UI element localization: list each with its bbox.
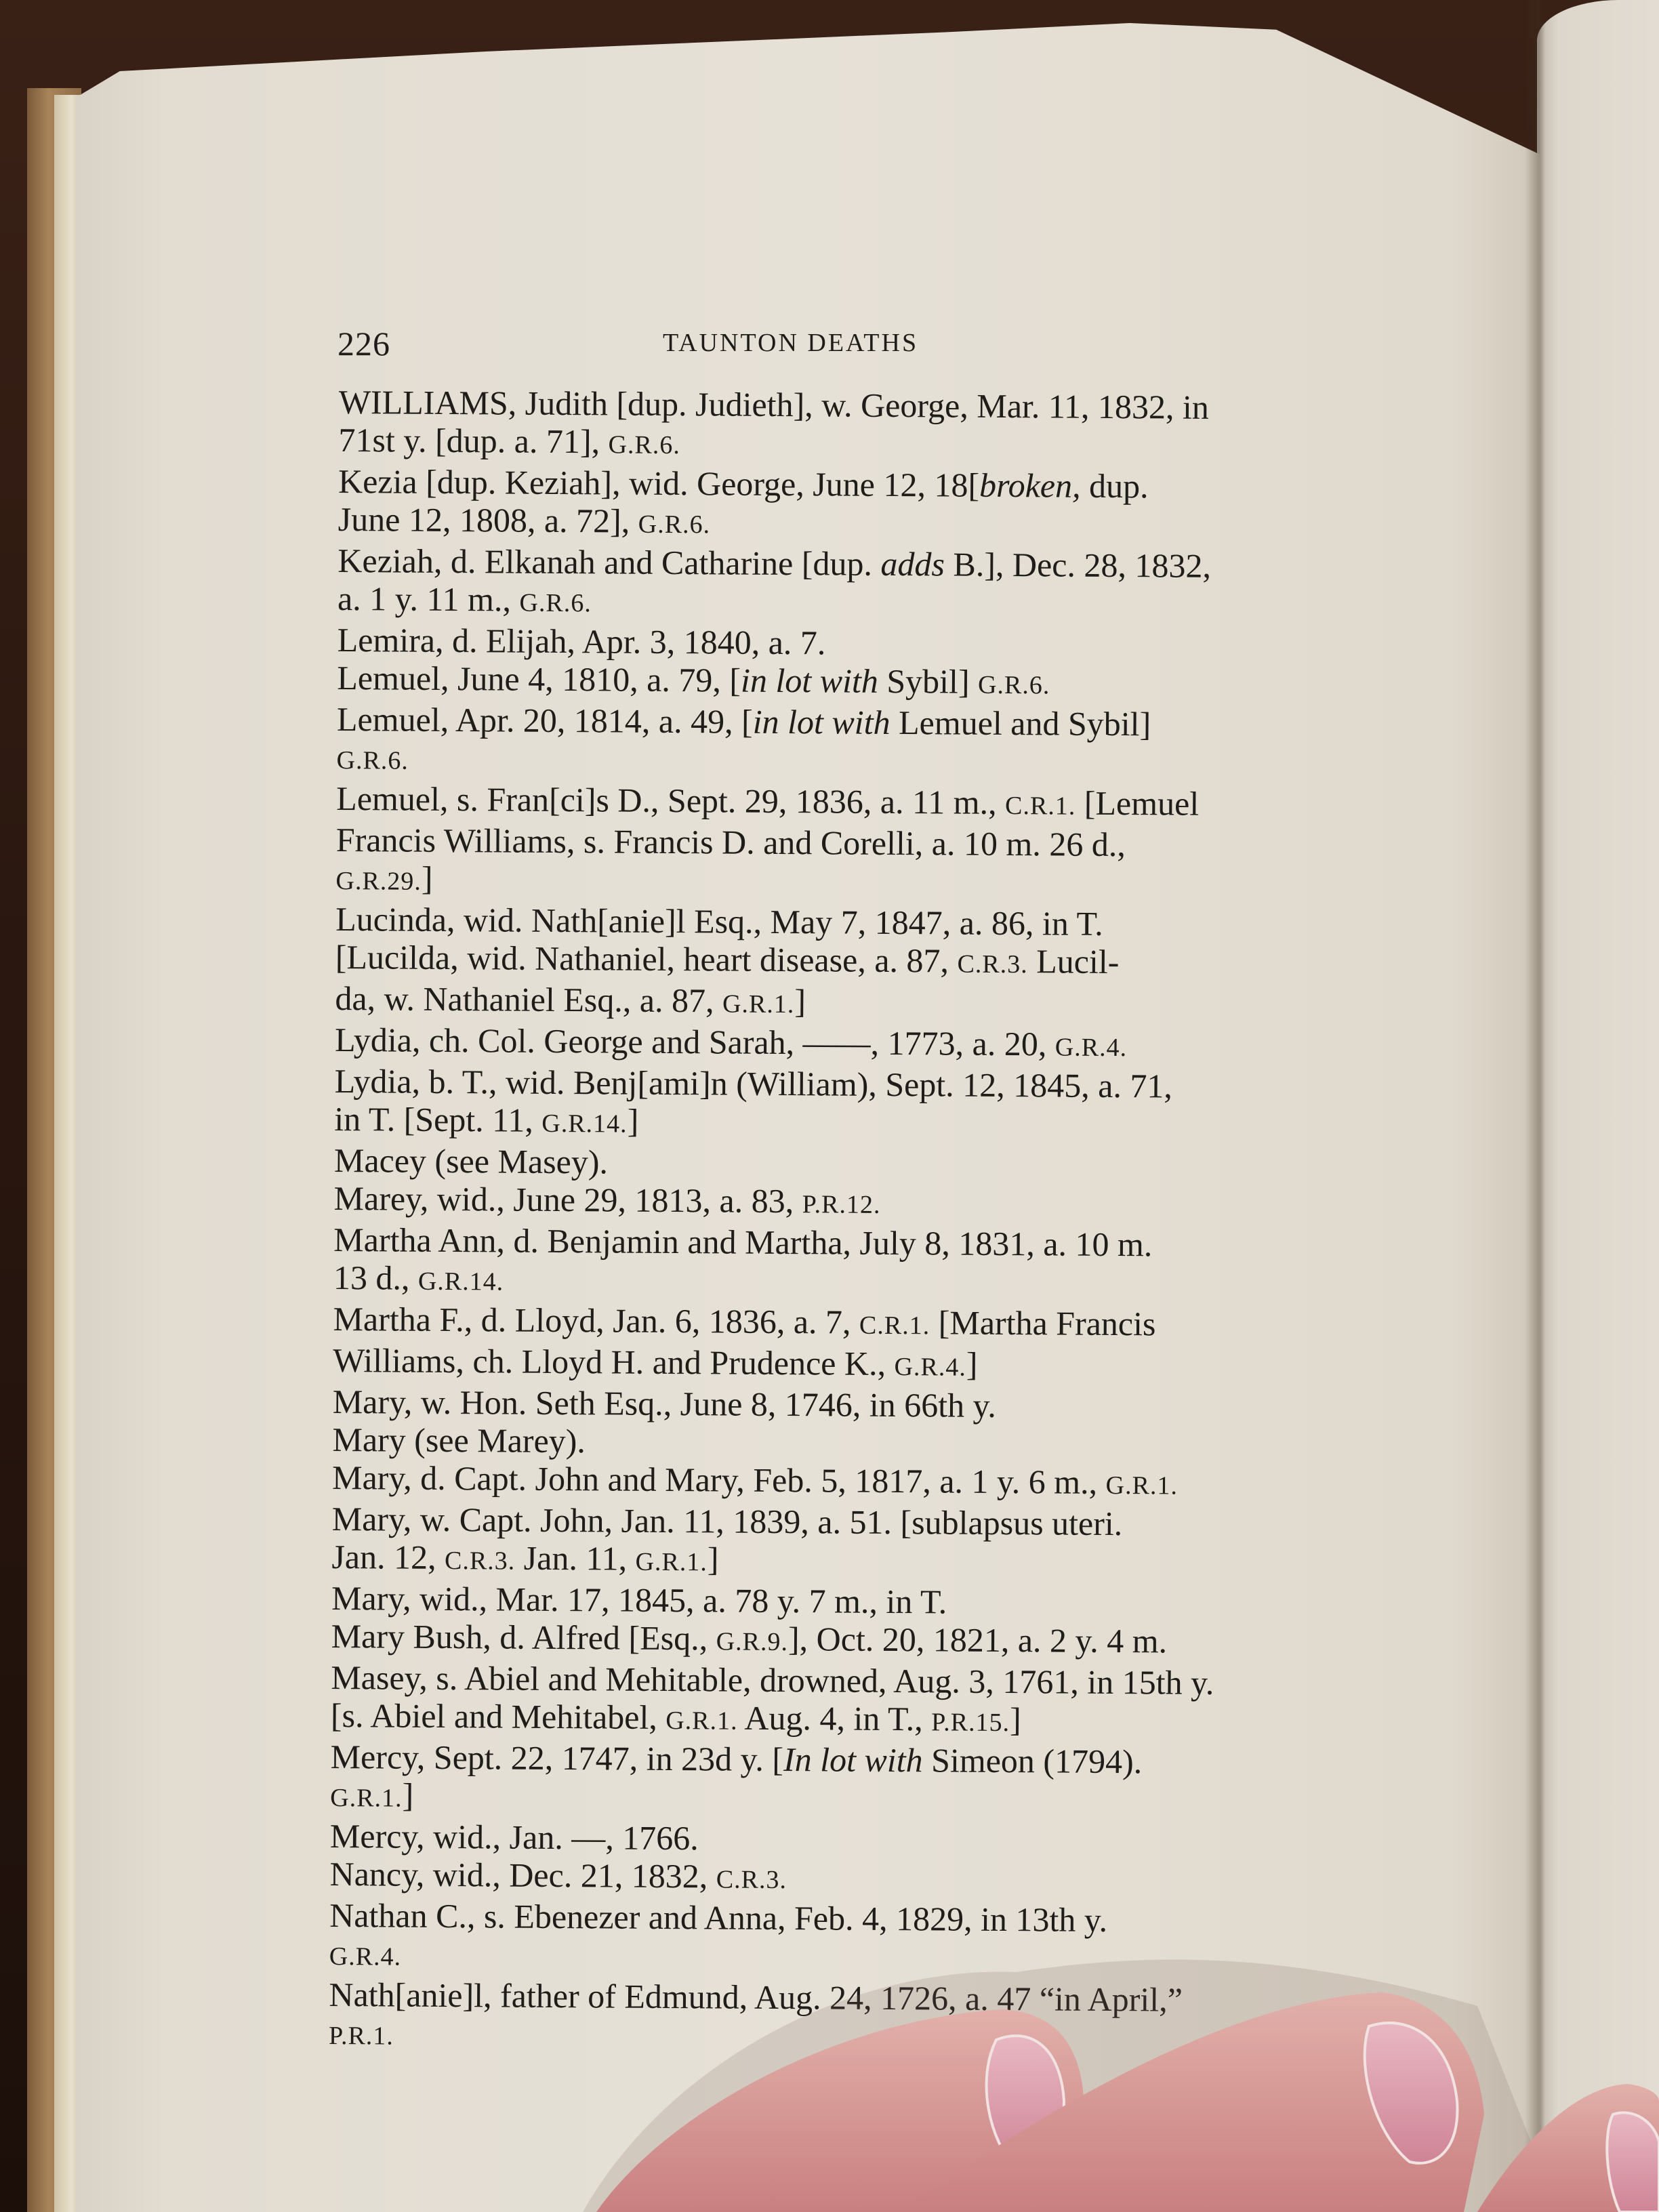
record-text: Keziah, d. Elkanah and Catharine [dup. <box>337 541 880 583</box>
record-line: a. 1 y. 11 m., G.R.6. <box>408 580 1361 628</box>
record-line: Masey, s. Abiel and Mehitable, drowned, … <box>401 1659 1354 1703</box>
source-citation: C.R.1. <box>1005 792 1076 821</box>
record-entry: Lucinda, wid. Nath[anie]l Esq., May 7, 1… <box>335 900 1359 1027</box>
record-entry: Mercy, wid., Jan. —, 1766. <box>330 1817 1353 1861</box>
record-text: da, w. Nathaniel Esq., a. 87, <box>335 979 722 1019</box>
record-entry: Lemuel, June 4, 1810, a. 79, [in lot wit… <box>337 659 1360 706</box>
source-citation: G.R.1. <box>722 989 795 1019</box>
record-entry: Mary (see Marey). <box>332 1420 1355 1465</box>
record-entry: Lemira, d. Elijah, Apr. 3, 1840, a. 7. <box>337 621 1361 665</box>
record-text: Nathan C., s. Ebenezer and Anna, Feb. 4,… <box>329 1896 1107 1939</box>
italic-note: broken, <box>979 466 1081 505</box>
record-entry: Mary Bush, d. Alfred [Esq., G.R.9.], Oct… <box>331 1617 1355 1664</box>
record-entry: Kezia [dup. Keziah], wid. George, June 1… <box>338 462 1362 548</box>
record-text: Lydia, b. T., wid. Benj[ami]n (William),… <box>335 1062 1173 1105</box>
record-text: 13 d., <box>333 1258 418 1297</box>
record-text: dup. <box>1080 467 1148 506</box>
record-line: Francis Williams, s. Francis D. and Core… <box>407 821 1359 865</box>
record-text: Sybil] <box>878 662 979 701</box>
record-line: Kezia [dup. Keziah], wid. George, June 1… <box>409 463 1361 507</box>
record-text: ] <box>708 1540 719 1578</box>
record-text: ] <box>402 1776 413 1814</box>
record-line: June 12, 1808, a. 72], G.R.6. <box>409 501 1361 548</box>
record-line: Lemuel, June 4, 1810, a. 79, [in lot wit… <box>407 659 1360 707</box>
record-line: G.R.1.] <box>401 1776 1353 1824</box>
italic-note: in lot with <box>753 703 890 741</box>
source-citation: P.R.15. <box>931 1708 1010 1737</box>
record-entry: Keziah, d. Elkanah and Catharine [dup. a… <box>337 541 1361 627</box>
record-line: Mary, wid., Mar. 17, 1845, a. 78 y. 7 m.… <box>402 1580 1355 1624</box>
record-text: Francis Williams, s. Francis D. and Core… <box>336 821 1126 863</box>
record-text: ], Oct. 20, 1821, a. 2 y. 4 m. <box>788 1620 1168 1660</box>
record-entry: Mary, wid., Mar. 17, 1845, a. 78 y. 7 m.… <box>331 1579 1355 1623</box>
page-number: 226 <box>337 324 390 363</box>
record-text: Kezia [dup. Keziah], wid. George, June 1… <box>338 462 979 504</box>
record-line: Martha F., d. Lloyd, Jan. 6, 1836, a. 7,… <box>403 1300 1356 1348</box>
record-entry: Mary, w. Capt. John, Jan. 11, 1839, a. 5… <box>331 1500 1355 1585</box>
record-entry: Lemuel, Apr. 20, 1814, a. 49, [in lot wi… <box>336 700 1360 785</box>
record-text: Lemuel, s. Fran[ci]s D., Sept. 29, 1836,… <box>336 779 1005 821</box>
source-citation: G.R.6. <box>978 671 1050 700</box>
source-citation: G.R.1. <box>635 1548 708 1577</box>
record-line: in T. [Sept. 11, G.R.14.] <box>405 1101 1357 1148</box>
record-line: WILLIAMS, Judith [dup. Judieth], w. Geor… <box>409 384 1362 428</box>
record-line: Nathan C., s. Ebenezer and Anna, Feb. 4,… <box>400 1897 1353 1941</box>
record-line: Marey, wid., June 29, 1813, a. 83, P.R.1… <box>404 1180 1357 1227</box>
record-line: Nath[anie]l, father of Edmund, Aug. 24, … <box>399 1976 1352 2020</box>
record-entry: Mercy, Sept. 22, 1747, in 23d y. [In lot… <box>330 1738 1354 1823</box>
record-line: Lemuel, s. Fran[ci]s D., Sept. 29, 1836,… <box>407 780 1359 827</box>
source-citation: G.R.1. <box>330 1784 403 1813</box>
source-citation: C.R.1. <box>859 1311 930 1340</box>
source-citation: G.R.1. <box>1105 1471 1178 1500</box>
record-text: Mercy, wid., Jan. —, 1766. <box>330 1817 699 1857</box>
record-line: G.R.4. <box>400 1935 1353 1982</box>
record-entry: Nathan C., s. Ebenezer and Anna, Feb. 4,… <box>329 1896 1353 1982</box>
record-text: Mary, wid., Mar. 17, 1845, a. 78 y. 7 m.… <box>331 1579 947 1621</box>
photo-scene: 226 TAUNTON DEATHS WILLIAMS, Judith [dup… <box>0 0 1659 2212</box>
death-record-list: WILLIAMS, Judith [dup. Judieth], w. Geor… <box>329 383 1362 2061</box>
record-entry: Macey (see Masey). <box>334 1141 1357 1185</box>
record-line: 71st y. [dup. a. 71], G.R.6. <box>409 422 1361 469</box>
record-entry: Mary, w. Hon. Seth Esq., June 8, 1746, i… <box>333 1382 1356 1427</box>
record-text: Mary, w. Capt. John, Jan. 11, 1839, a. 5… <box>332 1500 1123 1542</box>
record-text: Lemuel, Apr. 20, 1814, a. 49, [ <box>337 700 753 741</box>
record-line: Lydia, ch. Col. George and Sarah, ——, 17… <box>405 1021 1358 1069</box>
record-line: G.R.29.] <box>406 859 1359 907</box>
record-text: Mary (see Marey). <box>332 1420 586 1460</box>
record-entry: Nancy, wid., Dec. 21, 1832, C.R.3. <box>329 1855 1353 1902</box>
record-entry: WILLIAMS, Judith [dup. Judieth], w. Geor… <box>338 383 1362 468</box>
record-text: Lemuel, June 4, 1810, a. 79, [ <box>337 659 741 699</box>
record-text: Williams, ch. Lloyd H. and Prudence K., <box>333 1341 895 1382</box>
record-line: [Lucilda, wid. Nathaniel, heart disease,… <box>406 939 1359 986</box>
record-text: ] <box>966 1345 978 1383</box>
record-text: Mary Bush, d. Alfred [Esq., <box>331 1617 716 1657</box>
record-text: Mary, d. Capt. John and Mary, Feb. 5, 18… <box>332 1458 1106 1501</box>
record-text: Jan. 12, <box>331 1538 445 1576</box>
running-title: TAUNTON DEATHS <box>663 328 918 358</box>
record-text: [Lucilda, wid. Nathaniel, heart disease,… <box>335 938 958 980</box>
record-line: Lucinda, wid. Nath[anie]l Esq., May 7, 1… <box>406 901 1359 945</box>
source-citation: G.R.4. <box>1055 1033 1128 1062</box>
record-entry: Lydia, ch. Col. George and Sarah, ——, 17… <box>335 1021 1358 1068</box>
source-citation: G.R.9. <box>716 1627 789 1656</box>
record-text: June 12, 1808, a. 72], <box>338 500 638 540</box>
source-citation: G.R.6. <box>336 746 409 775</box>
running-head: 226 TAUNTON DEATHS <box>337 324 1340 365</box>
record-line: Martha Ann, d. Benjamin and Martha, July… <box>404 1221 1357 1265</box>
record-text: Masey, s. Abiel and Mehitable, drowned, … <box>331 1658 1214 1702</box>
record-line: da, w. Nathaniel Esq., a. 87, G.R.1.] <box>405 980 1358 1027</box>
source-citation: G.R.4. <box>894 1353 966 1382</box>
record-text: [s. Abiel and Mehitabel, <box>331 1696 666 1736</box>
record-line: Lemira, d. Elijah, Apr. 3, 1840, a. 7. <box>408 621 1361 665</box>
source-citation: G.R.4. <box>329 1942 402 1971</box>
record-text: Simeon (1794). <box>922 1741 1142 1780</box>
record-entry: Martha Ann, d. Benjamin and Martha, July… <box>333 1221 1357 1306</box>
record-text: [Martha Francis <box>930 1303 1156 1343</box>
record-entry: Nath[anie]l, father of Edmund, Aug. 24, … <box>329 1975 1353 2061</box>
record-text: Jan. 11, <box>515 1539 636 1578</box>
italic-note: In lot with <box>783 1740 923 1779</box>
record-line: Mary, d. Capt. John and Mary, Feb. 5, 18… <box>403 1459 1355 1507</box>
record-line: Mercy, Sept. 22, 1747, in 23d y. [In lot… <box>401 1738 1353 1782</box>
record-line: Mary Bush, d. Alfred [Esq., G.R.9.], Oct… <box>402 1618 1355 1665</box>
record-text: Mary, w. Hon. Seth Esq., June 8, 1746, i… <box>333 1382 996 1425</box>
record-text: [Lemuel <box>1076 784 1199 823</box>
record-text: Mercy, Sept. 22, 1747, in 23d y. [ <box>330 1738 783 1778</box>
record-line: Mary (see Marey). <box>403 1421 1355 1465</box>
record-line: Lydia, b. T., wid. Benj[ami]n (William),… <box>405 1063 1358 1107</box>
italic-note: adds <box>880 545 945 583</box>
record-line: Macey (see Masey). <box>405 1142 1357 1186</box>
record-text: ] <box>794 982 806 1020</box>
italic-note: in lot with <box>741 661 878 700</box>
record-text: ] <box>627 1102 638 1140</box>
source-citation: C.R.3. <box>445 1547 515 1576</box>
record-line: Mary, w. Capt. John, Jan. 11, 1839, a. 5… <box>403 1500 1355 1544</box>
record-text: Lucil- <box>1028 942 1120 981</box>
record-text: Marey, wid., June 29, 1813, a. 83, <box>333 1179 802 1220</box>
record-line: Keziah, d. Elkanah and Catharine [dup. a… <box>408 542 1361 586</box>
record-text: ] <box>1010 1700 1021 1738</box>
record-text: a. 1 y. 11 m., <box>337 579 520 619</box>
record-text: Lemira, d. Elijah, Apr. 3, 1840, a. 7. <box>337 621 826 661</box>
source-citation: P.R.12. <box>802 1190 881 1219</box>
record-entry: Mary, d. Capt. John and Mary, Feb. 5, 18… <box>332 1458 1355 1506</box>
record-text: Lucinda, wid. Nath[anie]l Esq., May 7, 1… <box>335 900 1103 943</box>
record-text: in T. [Sept. 11, <box>334 1100 541 1139</box>
record-entry: Martha F., d. Lloyd, Jan. 6, 1836, a. 7,… <box>333 1300 1357 1389</box>
source-citation: G.R.14. <box>541 1109 628 1139</box>
record-line: Lemuel, Apr. 20, 1814, a. 49, [in lot wi… <box>407 701 1360 745</box>
source-citation: P.R.1. <box>329 2022 394 2051</box>
record-text: B.], Dec. 28, 1832, <box>945 545 1211 584</box>
record-line: G.R.6. <box>407 739 1359 786</box>
surname-heading: WILLIAMS <box>339 383 508 422</box>
record-entry: Lydia, b. T., wid. Benj[ami]n (William),… <box>334 1062 1358 1147</box>
page-content: 226 TAUNTON DEATHS WILLIAMS, Judith [dup… <box>0 0 1659 2212</box>
record-text: Martha F., d. Lloyd, Jan. 6, 1836, a. 7, <box>333 1300 859 1341</box>
source-citation: G.R.6. <box>608 430 680 459</box>
source-citation: G.R.6. <box>519 589 592 618</box>
record-text: , Judith [dup. Judieth], w. George, Mar.… <box>508 384 1209 426</box>
record-text: Macey (see Masey). <box>334 1141 608 1181</box>
source-citation: G.R.6. <box>638 510 711 539</box>
record-text: Lydia, ch. Col. George and Sarah, ——, 17… <box>335 1021 1055 1063</box>
record-entry: Marey, wid., June 29, 1813, a. 83, P.R.1… <box>333 1179 1357 1227</box>
source-citation: G.R.1. <box>665 1706 738 1736</box>
source-citation: G.R.14. <box>418 1267 504 1296</box>
record-text: 71st y. [dup. a. 71], <box>338 421 608 460</box>
source-citation: C.R.3. <box>716 1865 787 1894</box>
record-line: 13 d., G.R.14. <box>404 1259 1357 1307</box>
record-line: [s. Abiel and Mehitabel, G.R.1. Aug. 4, … <box>401 1697 1354 1744</box>
record-line: Mary, w. Hon. Seth Esq., June 8, 1746, i… <box>403 1383 1356 1427</box>
record-text: Lemuel and Sybil] <box>890 703 1151 743</box>
record-line: P.R.1. <box>399 2014 1352 2062</box>
source-citation: C.R.3. <box>957 950 1027 979</box>
record-line: Nancy, wid., Dec. 21, 1832, C.R.3. <box>400 1856 1353 1903</box>
record-text: Nancy, wid., Dec. 21, 1832, <box>329 1855 716 1895</box>
record-text: Nath[anie]l, father of Edmund, Aug. 24, … <box>329 1975 1183 2019</box>
source-citation: G.R.29. <box>335 867 422 896</box>
record-line: Mercy, wid., Jan. —, 1766. <box>401 1818 1353 1862</box>
record-entry: Masey, s. Abiel and Mehitable, drowned, … <box>331 1658 1355 1744</box>
record-line: Williams, ch. Lloyd H. and Prudence K., … <box>403 1342 1356 1389</box>
record-text: ] <box>422 859 433 897</box>
record-line: Jan. 12, C.R.3. Jan. 11, G.R.1.] <box>402 1538 1355 1586</box>
record-entry: Lemuel, s. Fran[ci]s D., Sept. 29, 1836,… <box>335 779 1359 906</box>
record-text: Aug. 4, in T., <box>737 1699 931 1738</box>
record-text: Martha Ann, d. Benjamin and Martha, July… <box>333 1221 1152 1263</box>
